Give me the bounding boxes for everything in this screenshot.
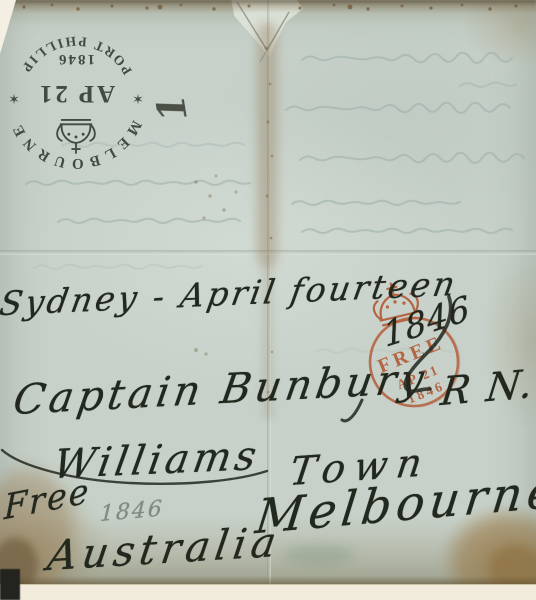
markings-layer: MELBOURNE PORT PHILLIP ✶ ✶ AP 21 1846 FR… (0, 0, 536, 600)
pen-strokes: 1 (2, 91, 451, 483)
rate-mark: 1 (147, 91, 196, 124)
dark-corner-bottom-left (0, 569, 20, 600)
pen-descender (342, 400, 362, 421)
cds-star-left: ✶ (132, 90, 144, 106)
melbourne-datestamp: MELBOURNE PORT PHILLIP ✶ ✶ AP 21 1846 (8, 34, 145, 171)
flap-crease-lines (237, 2, 289, 62)
cds-date: AP 21 (37, 80, 115, 107)
background-strip-bottom (0, 584, 536, 600)
free-frank-stamp: FREE AP 21 1846 (353, 272, 469, 416)
crown-icon (57, 120, 95, 153)
cds-star-right: ✶ (8, 90, 20, 106)
underline-flourish (2, 450, 267, 484)
cds-year: 1846 (57, 51, 95, 67)
cover-photo: MELBOURNE PORT PHILLIP ✶ ✶ AP 21 1846 FR… (0, 0, 536, 600)
crown-icon (369, 279, 421, 327)
